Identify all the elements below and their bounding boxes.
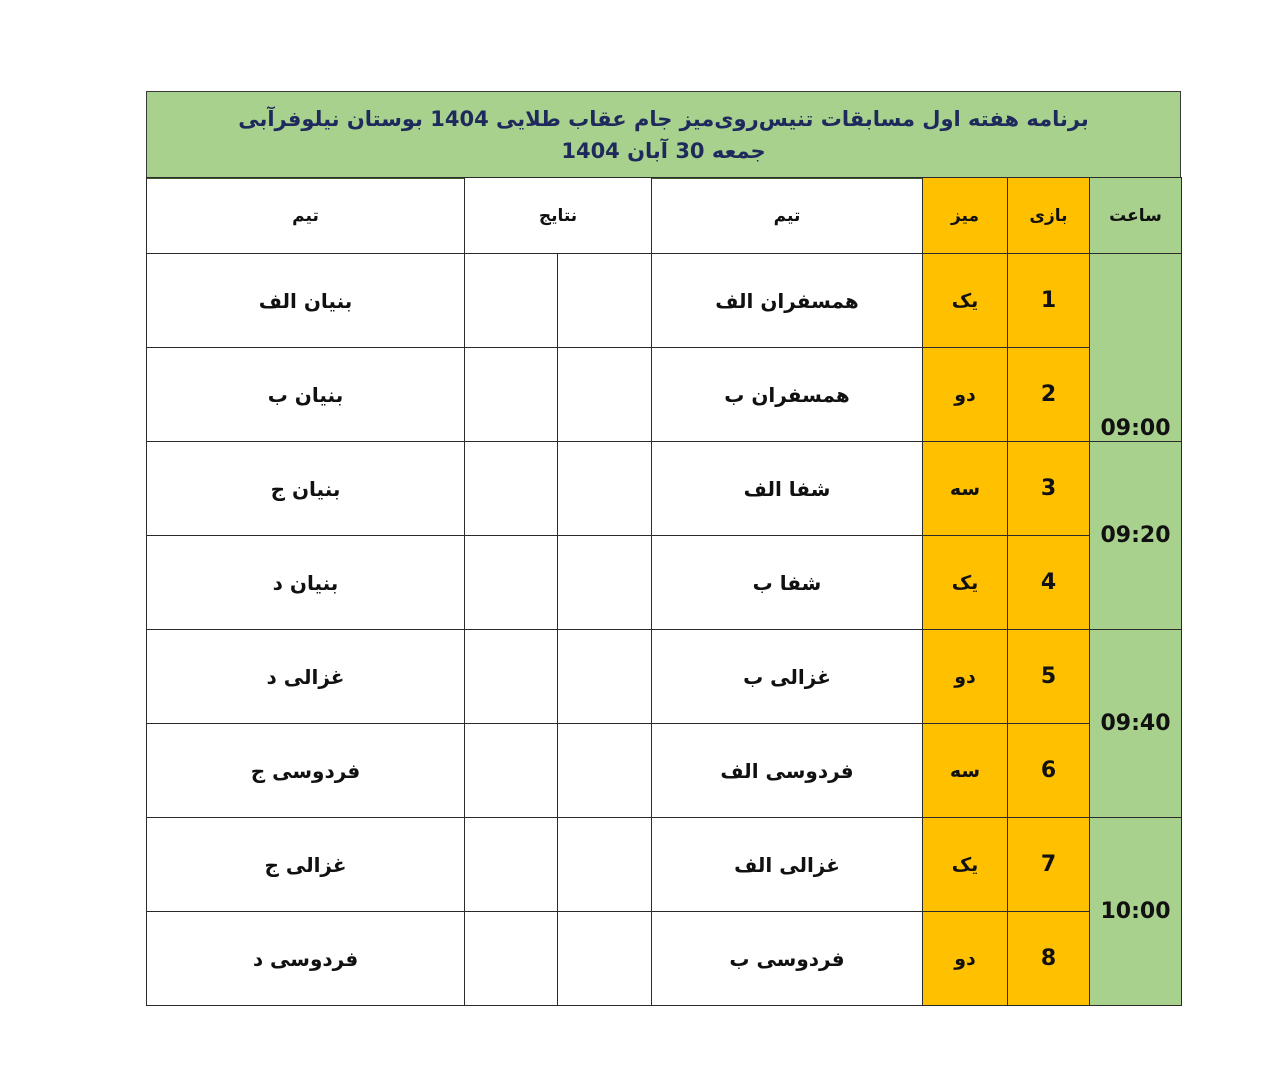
result2-cell[interactable]	[465, 348, 558, 442]
table-number: دو	[923, 630, 1008, 724]
table-number: یک	[923, 536, 1008, 630]
result1-cell[interactable]	[558, 630, 652, 724]
match-row: 09:00 1 یک همسفران الف بنیان الف	[147, 254, 1182, 348]
result1-cell[interactable]	[558, 912, 652, 1006]
team2-cell: بنیان ج	[147, 442, 465, 536]
result1-cell[interactable]	[558, 536, 652, 630]
game-number: 8	[1008, 912, 1090, 1006]
time-slot: 10:00	[1090, 818, 1182, 1006]
match-row: 09:40 5 دو غزالی ب غزالی د	[147, 630, 1182, 724]
table-number: یک	[923, 254, 1008, 348]
title-banner: برنامه هفته اول مسابقات تنیس‌روی‌میز جام…	[146, 91, 1181, 179]
team1-cell: شفا الف	[652, 442, 923, 536]
team1-cell: شفا ب	[652, 536, 923, 630]
team2-cell: بنیان د	[147, 536, 465, 630]
result1-cell[interactable]	[558, 818, 652, 912]
match-row: 4 یک شفا ب بنیان د	[147, 536, 1182, 630]
time-slot: 09:40	[1090, 630, 1182, 818]
schedule-sheet: برنامه هفته اول مسابقات تنیس‌روی‌میز جام…	[146, 91, 1181, 1021]
game-number: 1	[1008, 254, 1090, 348]
game-number: 4	[1008, 536, 1090, 630]
result2-cell[interactable]	[465, 912, 558, 1006]
team1-cell: غزالی ب	[652, 630, 923, 724]
title-line-1: برنامه هفته اول مسابقات تنیس‌روی‌میز جام…	[218, 103, 1109, 135]
match-row: 2 دو همسفران ب بنیان ب	[147, 348, 1182, 442]
game-number: 6	[1008, 724, 1090, 818]
col-header-team1: تیم	[652, 178, 923, 254]
team2-cell: فردوسی ج	[147, 724, 465, 818]
team1-cell: فردوسی ب	[652, 912, 923, 1006]
match-row: 6 سه فردوسی الف فردوسی ج	[147, 724, 1182, 818]
result2-cell[interactable]	[465, 818, 558, 912]
result2-cell[interactable]	[465, 724, 558, 818]
result2-cell[interactable]	[465, 254, 558, 348]
col-header-time: ساعت	[1090, 178, 1182, 254]
table-number: دو	[923, 348, 1008, 442]
result1-cell[interactable]	[558, 724, 652, 818]
team1-cell: همسفران الف	[652, 254, 923, 348]
table-number: یک	[923, 818, 1008, 912]
game-number: 5	[1008, 630, 1090, 724]
match-row: 10:00 7 یک غزالی الف غزالی ج	[147, 818, 1182, 912]
result2-cell[interactable]	[465, 630, 558, 724]
team2-cell: بنیان الف	[147, 254, 465, 348]
result1-cell[interactable]	[558, 348, 652, 442]
schedule-table: ساعت بازی میز تیم نتایج تیم 09:00 1 یک ه…	[146, 177, 1182, 1006]
header-row: ساعت بازی میز تیم نتایج تیم	[147, 178, 1182, 254]
team2-cell: بنیان ب	[147, 348, 465, 442]
col-header-results: نتایج	[465, 178, 652, 254]
team2-cell: فردوسی د	[147, 912, 465, 1006]
match-row: 8 دو فردوسی ب فردوسی د	[147, 912, 1182, 1006]
time-slot: 09:00	[1090, 254, 1182, 442]
time-slot: 09:20	[1090, 442, 1182, 630]
title-date: جمعه 30 آبان 1404	[561, 135, 765, 167]
result1-cell[interactable]	[558, 254, 652, 348]
table-number: دو	[923, 912, 1008, 1006]
team1-cell: همسفران ب	[652, 348, 923, 442]
team1-cell: فردوسی الف	[652, 724, 923, 818]
col-header-team2: تیم	[147, 178, 465, 254]
col-header-game: بازی	[1008, 178, 1090, 254]
team2-cell: غزالی د	[147, 630, 465, 724]
game-number: 2	[1008, 348, 1090, 442]
game-number: 3	[1008, 442, 1090, 536]
team1-cell: غزالی الف	[652, 818, 923, 912]
team2-cell: غزالی ج	[147, 818, 465, 912]
table-number: سه	[923, 442, 1008, 536]
game-number: 7	[1008, 818, 1090, 912]
result2-cell[interactable]	[465, 442, 558, 536]
result1-cell[interactable]	[558, 442, 652, 536]
table-number: سه	[923, 724, 1008, 818]
match-row: 09:20 3 سه شفا الف بنیان ج	[147, 442, 1182, 536]
result2-cell[interactable]	[465, 536, 558, 630]
col-header-table: میز	[923, 178, 1008, 254]
